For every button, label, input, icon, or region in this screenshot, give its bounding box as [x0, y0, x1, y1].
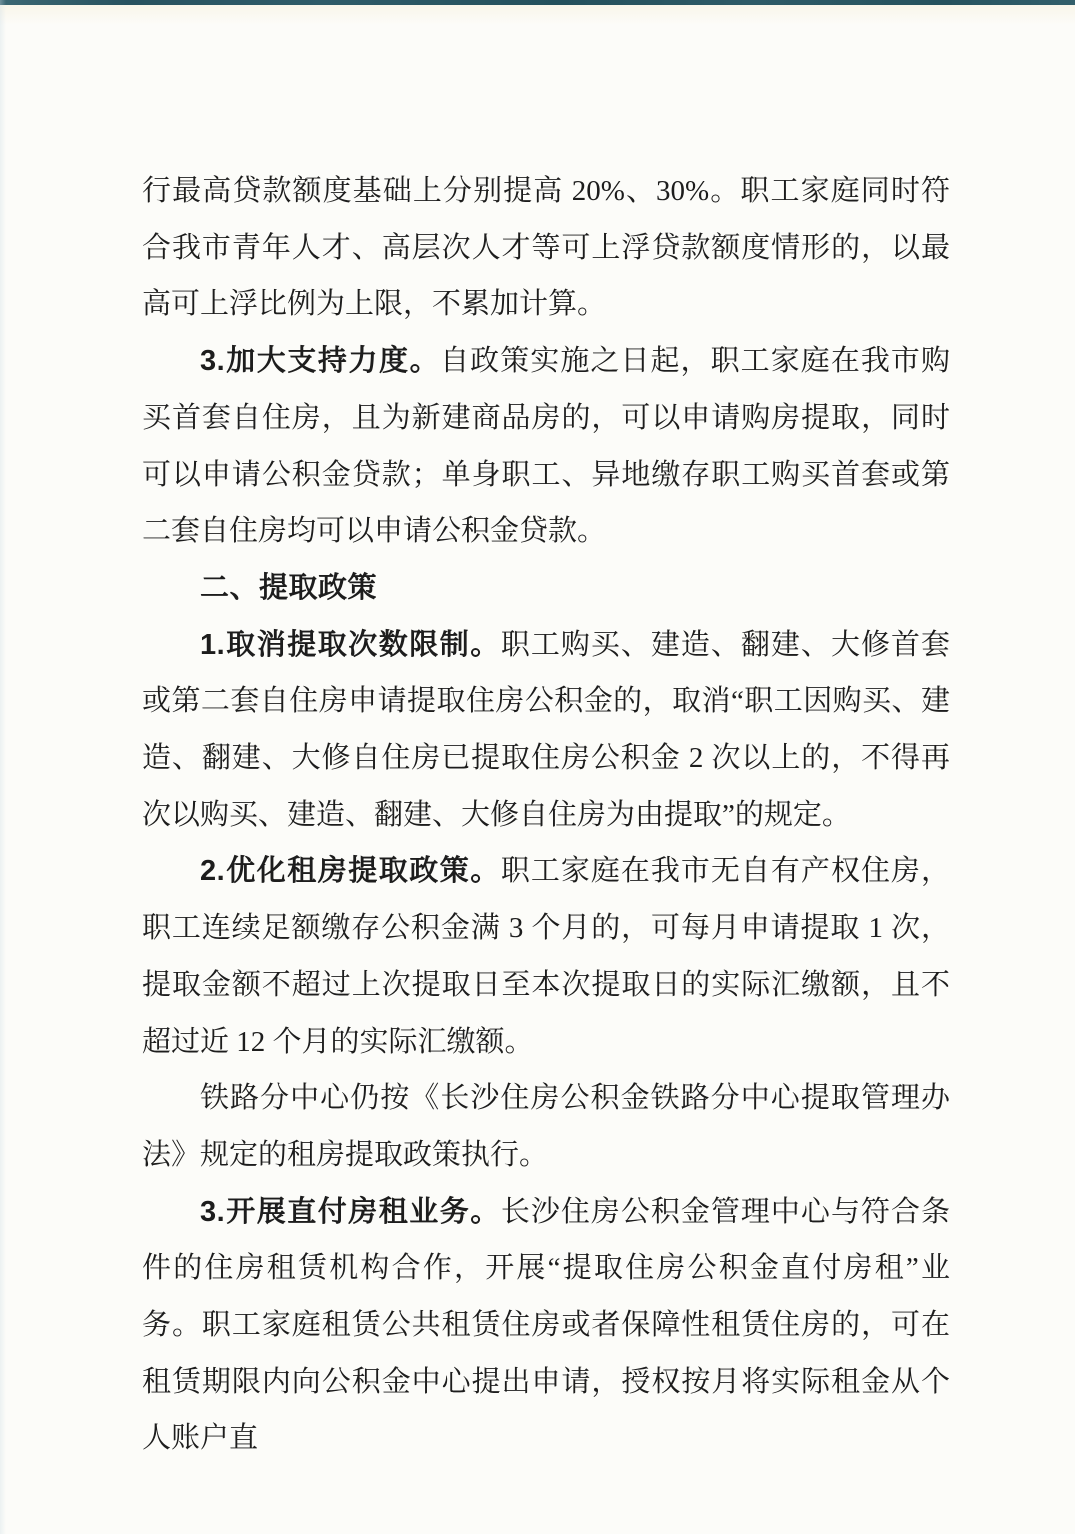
paragraph-loan-limit-continuation: 行最高贷款额度基础上分别提高 20%、30%。职工家庭同时符合我市青年人才、高层…: [142, 163, 950, 333]
document-page: 行最高贷款额度基础上分别提高 20%、30%。职工家庭同时符合我市青年人才、高层…: [0, 0, 1075, 1534]
document-body: 行最高贷款额度基础上分别提高 20%、30%。职工家庭同时符合我市青年人才、高层…: [142, 163, 950, 1467]
paragraph-lead: 3.开展直付房租业务。: [200, 1196, 501, 1228]
paragraph-optimize-rental-withdrawal: 2.优化租房提取政策。职工家庭在我市无自有产权住房，职工连续足额缴存公积金满 3…: [142, 843, 950, 1070]
section-heading-withdrawal-policy: 二、提取政策: [142, 560, 950, 617]
section-heading-text: 二、提取政策: [200, 572, 377, 604]
scan-left-edge-artifact: [0, 0, 6, 1534]
paragraph-direct-rent-payment: 3.开展直付房租业务。长沙住房公积金管理中心与符合条件的住房租赁机构合作，开展“…: [142, 1184, 950, 1468]
scan-tint-artifact: [0, 5, 1075, 25]
paragraph-text: 铁路分中心仍按《长沙住房公积金铁路分中心提取管理办法》规定的租房提取政策执行。: [142, 1082, 950, 1171]
paragraph-text: 长沙住房公积金管理中心与符合条件的住房租赁机构合作，开展“提取住房公积金直付房租…: [142, 1196, 950, 1455]
paragraph-text: 行最高贷款额度基础上分别提高 20%、30%。职工家庭同时符合我市青年人才、高层…: [142, 175, 950, 320]
paragraph-lead: 1.取消提取次数限制。: [200, 629, 501, 661]
paragraph-cancel-withdrawal-limit: 1.取消提取次数限制。职工购买、建造、翻建、大修首套或第二套自住房申请提取住房公…: [142, 617, 950, 844]
paragraph-increase-support: 3.加大支持力度。自政策实施之日起，职工家庭在我市购买首套自住房，且为新建商品房…: [142, 333, 950, 560]
paragraph-lead: 2.优化租房提取政策。: [200, 855, 501, 887]
paragraph-lead: 3.加大支持力度。: [200, 345, 440, 377]
paragraph-railway-subcenter: 铁路分中心仍按《长沙住房公积金铁路分中心提取管理办法》规定的租房提取政策执行。: [142, 1070, 950, 1183]
